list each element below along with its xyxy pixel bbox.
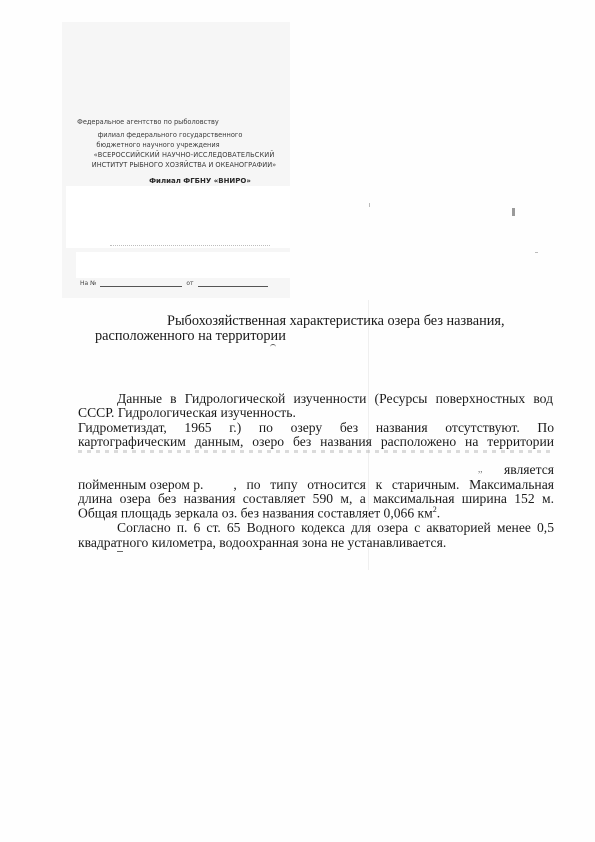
redaction-residue xyxy=(270,344,276,348)
redaction-residue xyxy=(78,450,554,453)
ref-date-label: от xyxy=(186,280,193,287)
body-line8-tail: . xyxy=(437,506,440,521)
body-line8-text: Общая площадь зеркала оз. без названия с… xyxy=(78,506,433,521)
redaction-residue xyxy=(110,245,270,247)
body-paragraph2-line1: Согласно п. 6 ст. 65 Водного кодекса для… xyxy=(117,520,554,536)
document-page: Федеральное агентство по рыболовству фил… xyxy=(0,0,595,842)
ref-date-blank xyxy=(198,280,268,287)
ref-number-label: На № xyxy=(80,280,96,287)
scan-artifact: ,, xyxy=(478,464,483,474)
body-line5-end: является xyxy=(504,462,554,477)
redaction-residue xyxy=(117,551,123,555)
body-paragraph1-line4: картографическим данным, озеро без назва… xyxy=(78,434,554,450)
letterhead-branch-line2: бюджетного научного учреждения xyxy=(58,141,258,149)
letterhead-short-name: Филиал ФГБНУ «ВНИРО» xyxy=(100,177,300,185)
body-paragraph2-line2: квадратного километра, водоохранная зона… xyxy=(78,535,446,551)
document-title-line2: расположенного на территории xyxy=(95,328,286,345)
letterhead-institute-line2: ИНСТИТУТ РЫБНОГО ХОЗЯЙСТВА И ОКЕАНОГРАФИ… xyxy=(74,161,294,169)
letterhead-institute-line1: «ВСЕРОССИЙСКИЙ НАУЧНО-ИССЛЕДОВАТЕЛЬСКИЙ xyxy=(74,151,294,159)
letterhead-branch-line1: филиал федерального государственного xyxy=(70,131,270,139)
redaction-block xyxy=(66,186,290,248)
body-paragraph1-line5: является xyxy=(78,462,554,478)
redaction-block xyxy=(76,252,290,278)
ref-number-blank xyxy=(100,280,182,287)
scan-artifact xyxy=(369,203,370,207)
body-paragraph1-line2: СССР. Гидрологическая изученность. xyxy=(78,405,296,421)
scan-artifact xyxy=(512,208,515,216)
letterhead-agency: Федеральное агентство по рыболовству xyxy=(48,118,248,126)
reference-line: На № от xyxy=(80,280,268,287)
scan-artifact xyxy=(535,252,538,253)
